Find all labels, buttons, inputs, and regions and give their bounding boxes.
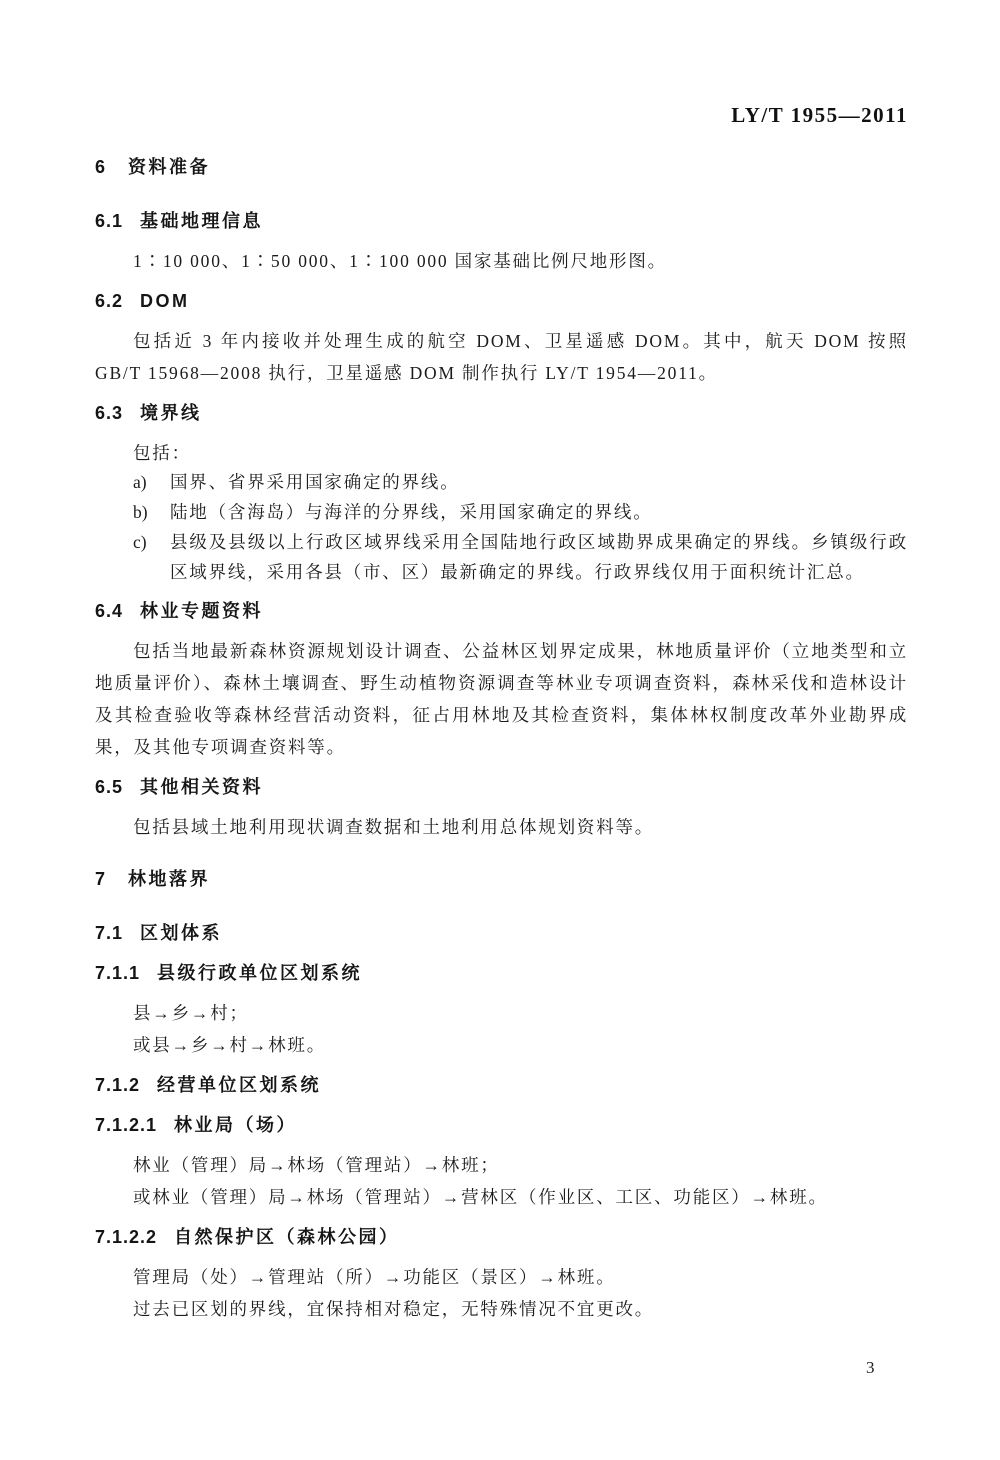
section-number: 6.1 — [95, 211, 123, 231]
standard-code: LY/T 1955—2011 — [731, 103, 908, 127]
section-number: 7 — [95, 869, 106, 889]
section-6-5-heading: 6.5其他相关资料 — [95, 771, 908, 803]
section-title: 其他相关资料 — [140, 777, 263, 797]
paragraph-dom: 包括近 3 年内接收并处理生成的航空 DOM、卫星遥感 DOM。其中，航天 DO… — [95, 325, 908, 389]
flow-line: 或林业（管理）局→林场（管理站）→营林区（作业区、工区、功能区）→林班。 — [133, 1181, 908, 1213]
section-title: 资料准备 — [128, 157, 210, 177]
section-number: 6.3 — [95, 403, 123, 423]
list-marker: a) — [133, 467, 170, 497]
section-number: 6 — [95, 157, 106, 177]
section-title: 县级行政单位区划系统 — [157, 963, 362, 983]
section-number: 7.1.1 — [95, 963, 140, 983]
list-item-a: a) 国界、省界采用国家确定的界线。 — [133, 467, 908, 497]
section-number: 6.4 — [95, 601, 123, 621]
paragraph-basemaps: 1∶10 000、1∶50 000、1∶100 000 国家基础比例尺地形图。 — [95, 245, 908, 277]
section-7-1-1-heading: 7.1.1县级行政单位区划系统 — [95, 957, 908, 989]
flow-line: 管理局（处）→管理站（所）→功能区（景区）→林班。 — [133, 1261, 908, 1293]
section-number: 7.1 — [95, 923, 123, 943]
section-6-4-heading: 6.4林业专题资料 — [95, 595, 908, 627]
section-title: 境界线 — [140, 403, 202, 423]
section-6-1-heading: 6.1基础地理信息 — [95, 205, 908, 237]
paragraph-forestry-thematic: 包括当地最新森林资源规划设计调查、公益林区划界定成果，林地质量评价（立地类型和立… — [95, 635, 908, 763]
section-title: 区划体系 — [140, 923, 222, 943]
section-title: 经营单位区划系统 — [157, 1075, 321, 1095]
section-6-3-heading: 6.3境界线 — [95, 397, 908, 429]
document-page: LY/T 1955—2011 6资料准备 6.1基础地理信息 1∶10 000、… — [0, 0, 1000, 1460]
section-number: 6.5 — [95, 777, 123, 797]
flow-line: 县→乡→村； — [133, 997, 908, 1029]
section-number: 7.1.2.2 — [95, 1227, 157, 1247]
section-7-1-2-heading: 7.1.2经营单位区划系统 — [95, 1069, 908, 1101]
paragraph-includes: 包括： — [95, 437, 908, 469]
county-division-flow: 县→乡→村； 或县→乡→村→林班。 — [95, 997, 908, 1061]
flow-line: 林业（管理）局→林场（管理站）→林班； — [133, 1149, 908, 1181]
list-item-c: c) 县级及县级以上行政区域界线采用全国陆地行政区域勘界成果确定的界线。乡镇级行… — [133, 527, 908, 587]
flow-line: 过去已区划的界线，宜保持相对稳定，无特殊情况不宜更改。 — [133, 1293, 908, 1325]
forestry-bureau-flow: 林业（管理）局→林场（管理站）→林班； 或林业（管理）局→林场（管理站）→营林区… — [95, 1149, 908, 1213]
list-item-text: 国界、省界采用国家确定的界线。 — [170, 467, 908, 497]
section-7-1-2-1-heading: 7.1.2.1林业局（场） — [95, 1109, 908, 1141]
section-7-1-heading: 7.1区划体系 — [95, 917, 908, 949]
list-item-text: 陆地（含海岛）与海洋的分界线，采用国家确定的界线。 — [170, 497, 908, 527]
section-title: 自然保护区（森林公园） — [174, 1227, 400, 1247]
section-6-heading: 6资料准备 — [95, 151, 908, 183]
document-body: 6资料准备 6.1基础地理信息 1∶10 000、1∶50 000、1∶100 … — [95, 151, 908, 1325]
section-7-1-2-2-heading: 7.1.2.2自然保护区（森林公园） — [95, 1221, 908, 1253]
section-number: 6.2 — [95, 291, 123, 311]
list-item-b: b) 陆地（含海岛）与海洋的分界线，采用国家确定的界线。 — [133, 497, 908, 527]
list-marker: c) — [133, 527, 170, 587]
section-title: 林业专题资料 — [140, 601, 263, 621]
section-7-heading: 7林地落界 — [95, 863, 908, 895]
flow-line: 或县→乡→村→林班。 — [133, 1029, 908, 1061]
section-number: 7.1.2.1 — [95, 1115, 157, 1135]
list-item-text: 县级及县级以上行政区域界线采用全国陆地行政区域勘界成果确定的界线。乡镇级行政区域… — [170, 527, 908, 587]
page-number: 3 — [866, 1352, 875, 1384]
nature-reserve-flow: 管理局（处）→管理站（所）→功能区（景区）→林班。 过去已区划的界线，宜保持相对… — [95, 1261, 908, 1325]
paragraph-other-data: 包括县域土地利用现状调查数据和土地利用总体规划资料等。 — [95, 811, 908, 843]
section-title: DOM — [140, 291, 190, 311]
section-title: 林业局（场） — [174, 1115, 297, 1135]
section-title: 基础地理信息 — [140, 211, 263, 231]
section-number: 7.1.2 — [95, 1075, 140, 1095]
document-header: LY/T 1955—2011 — [95, 100, 908, 131]
section-title: 林地落界 — [128, 869, 210, 889]
boundary-list: a) 国界、省界采用国家确定的界线。 b) 陆地（含海岛）与海洋的分界线，采用国… — [133, 467, 908, 587]
section-6-2-heading: 6.2DOM — [95, 285, 908, 317]
list-marker: b) — [133, 497, 170, 527]
